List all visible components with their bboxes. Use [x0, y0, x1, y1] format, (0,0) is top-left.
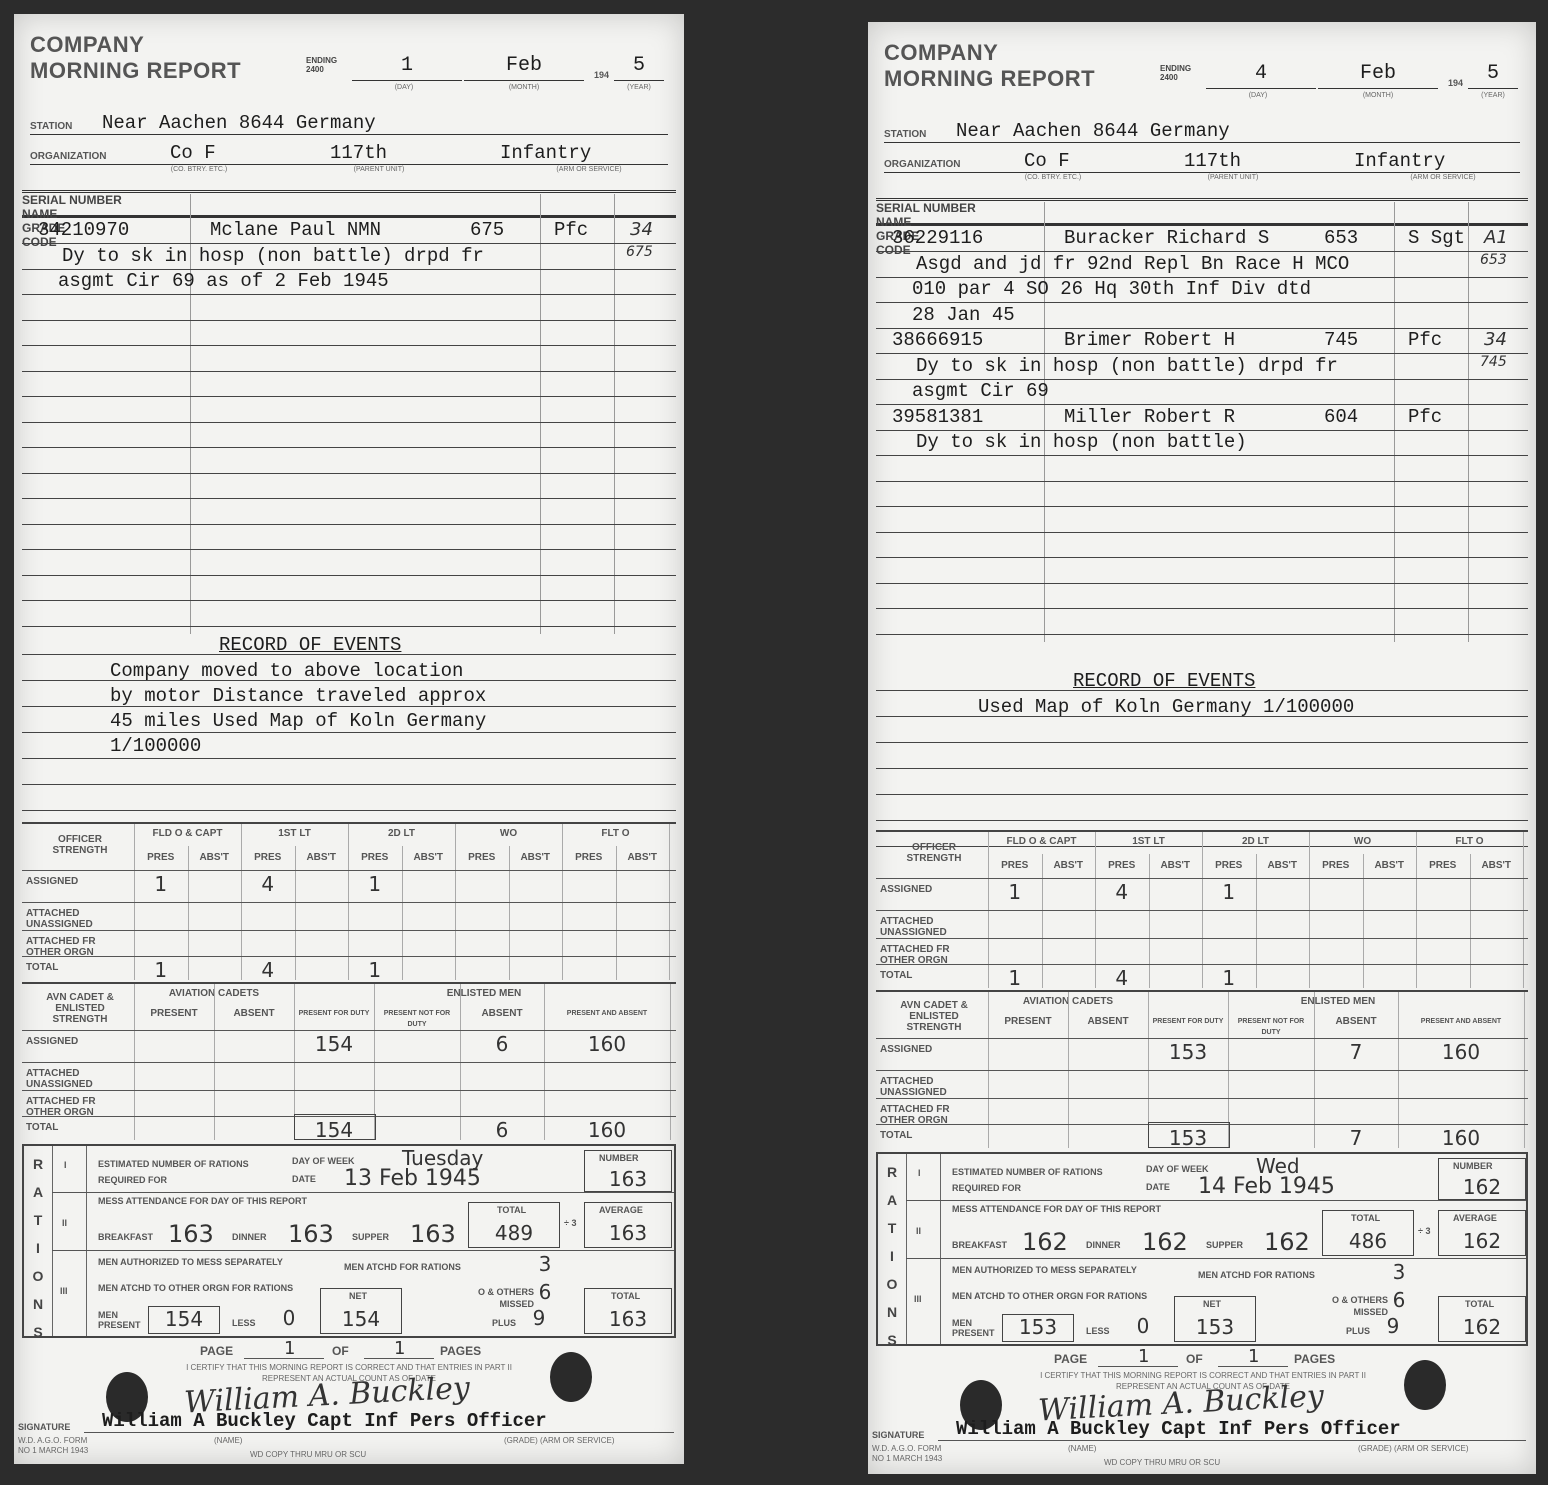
officer-cell-value: 1 [134, 872, 188, 896]
officer-cell-value: 1 [988, 880, 1042, 904]
entry-ssn-code: 653 [1324, 227, 1358, 249]
officer-col-line [1363, 854, 1364, 988]
pages-line [364, 1358, 434, 1359]
officer-pres-header: PRES [1416, 860, 1470, 871]
day-sublabel: (DAY) [1228, 92, 1288, 99]
atchd-other-label: MEN ATCHD TO OTHER ORGN FOR RATIONS [98, 1282, 328, 1294]
entry-serial: 39581381 [892, 406, 983, 428]
mess-total-value: 486 [1323, 1229, 1413, 1253]
officer-col-line [1256, 854, 1257, 988]
roe-ruled-line [22, 706, 676, 707]
less-label: LESS [1086, 1326, 1110, 1336]
roe-ruled-line [876, 768, 1528, 769]
ruled-line [22, 600, 676, 601]
enlisted-col-header: PRESENT FOR DUTY [1148, 1016, 1228, 1027]
page-line [1098, 1366, 1178, 1367]
rations-sec1-numeral: I [918, 1168, 921, 1178]
rations-letter: A [30, 1178, 46, 1206]
station-row: STATIONNear Aachen 8644 Germany [30, 110, 668, 135]
officer-abst-header: ABS'T [1256, 860, 1310, 871]
net-value: 154 [321, 1307, 401, 1331]
officer-group-header: WO [1309, 836, 1416, 847]
roe-ruled-line [22, 810, 676, 811]
entry-name: Buracker Richard S [1064, 227, 1269, 249]
average-box: AVERAGE163 [584, 1202, 672, 1248]
of-label: OF [1186, 1352, 1203, 1366]
supper-value: 163 [410, 1220, 456, 1248]
record-of-events-line: 45 miles Used Map of Koln Germany [110, 710, 486, 732]
rations-col-line [906, 1154, 907, 1344]
rations-letter: I [30, 1234, 46, 1262]
enlisted-col-header: PRESENT NOT FOR DUTY [374, 1008, 460, 1030]
year-sublabel: (YEAR) [1468, 92, 1518, 99]
officer-pres-header: PRES [134, 852, 188, 863]
rations-section: RATIONSIIIIIIESTIMATED NUMBER OF RATIONS… [876, 1152, 1528, 1346]
enlisted-col-header: ABSENT [214, 1008, 294, 1019]
officer-pres-header: PRES [1309, 860, 1363, 871]
officer-cell-value: 1 [348, 872, 402, 896]
ruled-line [22, 575, 676, 576]
officer-col-line [402, 846, 403, 980]
col-sep-grade [1394, 202, 1395, 642]
rations-sec2-numeral: II [916, 1226, 921, 1236]
form-title-company: COMPANY [884, 40, 998, 66]
rations-col-line [86, 1146, 87, 1336]
officer-pres-header: PRES [1095, 860, 1149, 871]
report-day-field: 4 [1206, 62, 1316, 89]
binder-hole-right [1404, 1360, 1446, 1410]
net-label: NET [349, 1291, 367, 1301]
morning-report-card-left: COMPANYMORNING REPORTENDING 24001Feb1945… [14, 14, 684, 1464]
typed-signature: William A Buckley Capt Inf Pers Officer [956, 1418, 1401, 1440]
officer-cell-value: 1 [134, 958, 188, 982]
officer-cell-value: 1 [988, 966, 1042, 990]
rations-sec2-numeral: II [62, 1218, 67, 1228]
officer-col-line [1042, 854, 1043, 988]
officer-row-line [22, 956, 676, 957]
page-value: 1 [1138, 1346, 1149, 1367]
serial-header: SERIAL NUMBER [22, 193, 676, 207]
officer-row-line [876, 910, 1528, 911]
officer-cell-value: 4 [241, 958, 295, 982]
rations-sec1-label: ESTIMATED NUMBER OF RATIONS REQUIRED FOR [98, 1156, 268, 1188]
form-title-morning-report: MORNING REPORT [884, 66, 1095, 92]
enlisted-total-present-box [1148, 1122, 1230, 1148]
footer-note: WD COPY THRU MRU OR SCU [1104, 1458, 1220, 1467]
enlisted-row-label: ATTACHED UNASSIGNED [880, 1076, 980, 1098]
pages-label: PAGES [440, 1344, 481, 1358]
enlisted-col-header: PRESENT FOR DUTY [294, 1008, 374, 1019]
rations-col-line [940, 1154, 941, 1344]
ruled-line [22, 626, 676, 627]
entry-grade: Pfc [554, 219, 588, 241]
enlisted-cell-value: 160 [544, 1118, 670, 1142]
org-arm-sublabel: (ARM OR SERVICE) [534, 166, 644, 173]
ration-date-value: 13 Feb 1945 [344, 1166, 481, 1191]
less-value: 0 [264, 1306, 314, 1330]
year-prefix-label: 194 [594, 70, 609, 80]
ruled-line [22, 422, 676, 423]
entry-serial: 36229116 [892, 227, 983, 249]
officer-strength-grid: OFFICER STRENGTHFLD O & CAPTPRESABS'T1ST… [876, 830, 1528, 988]
breakfast-label: BREAKFAST [98, 1232, 153, 1242]
officer-pres-header: PRES [348, 852, 402, 863]
personnel-table-header: SERIAL NUMBERNAMEGRADECODE [22, 190, 676, 218]
rations-letter: T [30, 1206, 46, 1234]
officer-row-label: TOTAL [26, 962, 126, 973]
ruled-line [876, 608, 1528, 609]
officer-cell-value: 4 [1095, 880, 1149, 904]
less-label: LESS [232, 1318, 256, 1328]
pages-value: 1 [1248, 1346, 1259, 1367]
day-of-week-label: DAY OF WEEK [292, 1156, 355, 1166]
officer-strength-label: OFFICER STRENGTH [30, 834, 130, 856]
entry-code: A1 [1484, 227, 1508, 248]
org-unit-value: Co F [170, 142, 216, 164]
pages-line [1218, 1366, 1288, 1367]
officer-cell-value: 1 [348, 958, 402, 982]
org-arm-sublabel: (ARM OR SERVICE) [1388, 174, 1498, 181]
enlisted-row-label: ATTACHED FR OTHER ORGN [26, 1096, 126, 1118]
page-label: PAGE [1054, 1352, 1087, 1366]
officer-row-label: ATTACHED FR OTHER ORGN [880, 944, 980, 966]
serial-header: SERIAL NUMBER [876, 201, 1528, 215]
rations-sec1-numeral: I [64, 1160, 67, 1170]
date-label: DATE [292, 1174, 316, 1184]
rations-sec-line [52, 1192, 674, 1193]
dinner-value: 163 [288, 1220, 334, 1248]
ruled-line [876, 557, 1528, 558]
entry-remark: asgmt Cir 69 as of 2 Feb 1945 [58, 270, 389, 292]
men-present-value: 154 [149, 1307, 219, 1331]
dinner-label: DINNER [1086, 1240, 1121, 1250]
officer-row-label: ATTACHED UNASSIGNED [26, 908, 126, 930]
officer-cell-value: 1 [1202, 966, 1256, 990]
average-label: AVERAGE [599, 1205, 643, 1215]
rations-letter: R [30, 1150, 46, 1178]
officer-abst-header: ABS'T [616, 852, 670, 863]
breakfast-label: BREAKFAST [952, 1240, 1007, 1250]
dinner-label: DINNER [232, 1232, 267, 1242]
form-id: W.D. A.G.O. FORM NO 1 MARCH 1943 [872, 1444, 952, 1464]
org-parent-sublabel: (PARENT UNIT) [1188, 174, 1278, 181]
month-sublabel: (MONTH) [1348, 92, 1408, 99]
enlisted-col-header: PRESENT AND ABSENT [1398, 1016, 1524, 1027]
enlisted-cell-value: 7 [1314, 1126, 1398, 1150]
day-of-week-label: DAY OF WEEK [1146, 1164, 1209, 1174]
officer-pres-header: PRES [562, 852, 616, 863]
roe-ruled-line [876, 820, 1528, 821]
number-box: NUMBER163 [584, 1150, 672, 1192]
rations-sec1-label: ESTIMATED NUMBER OF RATIONS REQUIRED FOR [952, 1164, 1122, 1196]
organization-label: ORGANIZATION [30, 151, 106, 162]
officer-pres-header: PRES [455, 852, 509, 863]
organization-row: ORGANIZATIONCo F117thInfantry [30, 140, 668, 165]
roe-ruled-line [22, 732, 676, 733]
enlisted-row-line [876, 1070, 1528, 1071]
record-of-events-line: Used Map of Koln Germany 1/100000 [978, 696, 1354, 718]
auth-separately-label: MEN AUTHORIZED TO MESS SEPARATELY [98, 1256, 328, 1268]
mess-attendance-label: MESS ATTENDANCE FOR DAY OF THIS REPORT [98, 1196, 307, 1206]
ruled-line [22, 498, 676, 499]
enlisted-row-line [22, 1030, 676, 1031]
org-parent-sublabel: (PARENT UNIT) [334, 166, 424, 173]
morning-report-card-right: COMPANYMORNING REPORTENDING 24004Feb1945… [868, 22, 1536, 1474]
day-sublabel: (DAY) [374, 84, 434, 91]
atchd-rations-value: 3 [530, 1252, 560, 1276]
ruled-line [22, 371, 676, 372]
men-present-box: 153 [1002, 1314, 1074, 1342]
signature-line [84, 1432, 674, 1433]
org-unit-sublabel: (CO. BTRY. ETC.) [154, 166, 244, 173]
plus-label: PLUS [492, 1318, 516, 1328]
report-year-field: 5 [1468, 62, 1518, 89]
report-year-field: 5 [614, 54, 664, 81]
mess-total-label: TOTAL [497, 1205, 526, 1215]
ruled-line [22, 473, 676, 474]
supper-value: 162 [1264, 1228, 1310, 1256]
plus-value: 9 [1378, 1314, 1408, 1338]
officer-row-label: ATTACHED UNASSIGNED [880, 916, 980, 938]
org-unit-value: Co F [1024, 150, 1070, 172]
officer-row-label: ASSIGNED [26, 876, 126, 887]
organization-row: ORGANIZATIONCo F117thInfantry [884, 148, 1520, 173]
roe-ruled-line [876, 794, 1528, 795]
enlisted-col-header: PRESENT NOT FOR DUTY [1228, 1016, 1314, 1038]
rations-letter: T [884, 1214, 900, 1242]
enlisted-col-header: ABSENT [1068, 1016, 1148, 1027]
grand-total-label: TOTAL [611, 1291, 640, 1301]
enlisted-row-line [876, 1038, 1528, 1039]
atchd-rations-label: MEN ATCHD FOR RATIONS [344, 1262, 461, 1272]
rations-sec-line [906, 1200, 1526, 1201]
org-arm-value: Infantry [500, 142, 591, 164]
entry-remark: Dy to sk in hosp (non battle) [916, 431, 1247, 453]
enlisted-row-label: TOTAL [26, 1122, 126, 1133]
roe-ruled-line [22, 784, 676, 785]
officer-col-line [1149, 854, 1150, 988]
org-arm-value: Infantry [1354, 150, 1445, 172]
atchd-rations-value: 3 [1384, 1260, 1414, 1284]
officer-row-line [876, 938, 1528, 939]
officer-row-label: TOTAL [880, 970, 980, 981]
officer-group-header: FLD O & CAPT [988, 836, 1095, 847]
entry-grade: S Sgt [1408, 227, 1465, 249]
record-of-events-line: by motor Distance traveled approx [110, 685, 486, 707]
entry-name: Mclane Paul NMN [210, 219, 381, 241]
plus-value: 9 [524, 1306, 554, 1330]
rations-letter: O [30, 1262, 46, 1290]
officer-abst-header: ABS'T [402, 852, 456, 863]
entry-remark: Dy to sk in hosp (non battle) drpd fr [916, 355, 1338, 377]
ruled-line [876, 532, 1528, 533]
page-value: 1 [284, 1338, 295, 1359]
officer-pres-header: PRES [1202, 860, 1256, 871]
enlisted-strength-grid: AVN CADET & ENLISTED STRENGTHAVIATION CA… [22, 982, 676, 1140]
officer-col-line [616, 846, 617, 980]
col-sep-grade [540, 194, 541, 634]
enlisted-cell-value: 160 [1398, 1040, 1524, 1064]
ruled-line [22, 447, 676, 448]
personnel-table-header: SERIAL NUMBERNAMEGRADECODE [876, 198, 1528, 226]
enlisted-row-line [876, 1098, 1528, 1099]
roe-ruled-line [876, 716, 1528, 717]
others-missed-label: O & OTHERS MISSED [1308, 1294, 1388, 1318]
ending-label: ENDING 2400 [1160, 64, 1200, 82]
enlisted-cell-value: 154 [294, 1032, 374, 1056]
ruled-line [22, 396, 676, 397]
officer-col-line [295, 846, 296, 980]
dinner-value: 162 [1142, 1228, 1188, 1256]
officer-cell-value: 1 [1202, 880, 1256, 904]
entry-hand-note: 745 [1480, 354, 1507, 370]
rations-letter: S [30, 1318, 46, 1346]
enlisted-men-header: ENLISTED MEN [294, 988, 674, 999]
ruled-line [22, 320, 676, 321]
organization-label: ORGANIZATION [884, 159, 960, 170]
pages-label: PAGES [1294, 1352, 1335, 1366]
rations-letter: N [884, 1298, 900, 1326]
enlisted-col-header: ABSENT [1314, 1016, 1398, 1027]
grand-total-value: 163 [585, 1307, 671, 1331]
officer-abst-header: ABS'T [1149, 860, 1203, 871]
officer-col-line [188, 846, 189, 980]
others-missed-value: 6 [1384, 1288, 1414, 1312]
entry-name: Miller Robert R [1064, 406, 1235, 428]
officer-row-label: ASSIGNED [880, 884, 980, 895]
signature-line [938, 1440, 1526, 1441]
enlisted-strength-label: AVN CADET & ENLISTED STRENGTH [30, 992, 130, 1025]
enlisted-row-label: ASSIGNED [26, 1036, 126, 1047]
ruled-line [22, 294, 676, 295]
officer-row-line [876, 878, 1528, 879]
col-sep-code [614, 194, 615, 634]
enlisted-row-line [22, 1090, 676, 1091]
enlisted-strength-grid: AVN CADET & ENLISTED STRENGTHAVIATION CA… [876, 990, 1528, 1148]
report-day-field: 1 [352, 54, 462, 81]
sig-name-sublabel: (NAME) [214, 1436, 242, 1445]
others-missed-value: 6 [530, 1280, 560, 1304]
mess-total-box: TOTAL489 [468, 1202, 560, 1248]
sig-name-sublabel: (NAME) [1068, 1444, 1096, 1453]
ruled-line [876, 583, 1528, 584]
average-label: AVERAGE [1453, 1213, 1497, 1223]
rations-letter: R [884, 1158, 900, 1186]
entry-remark: asgmt Cir 69 [912, 380, 1049, 402]
officer-row-line [876, 964, 1528, 965]
enlisted-men-header: ENLISTED MEN [1148, 996, 1528, 1007]
officer-group-header: 2D LT [1202, 836, 1309, 847]
ruled-line [876, 634, 1528, 635]
net-label: NET [1203, 1299, 1221, 1309]
enlisted-cell-value: 160 [1398, 1126, 1524, 1150]
average-value: 163 [585, 1221, 671, 1245]
officer-group-header: FLD O & CAPT [134, 828, 241, 839]
entry-hand-note: 653 [1480, 252, 1507, 268]
col-sep-code [1468, 202, 1469, 642]
enlisted-row-label: ASSIGNED [880, 1044, 980, 1055]
station-value: Near Aachen 8644 Germany [102, 112, 376, 134]
supper-label: SUPPER [352, 1232, 389, 1242]
page-line [244, 1358, 324, 1359]
station-value: Near Aachen 8644 Germany [956, 120, 1230, 142]
entry-remark: Dy to sk in hosp (non battle) drpd fr [62, 245, 484, 267]
plus-label: PLUS [1346, 1326, 1370, 1336]
org-unit-sublabel: (CO. BTRY. ETC.) [1008, 174, 1098, 181]
ruled-line [876, 455, 1528, 456]
grand-total-label: TOTAL [1465, 1299, 1494, 1309]
officer-row-line [22, 870, 676, 871]
binder-hole-right [550, 1352, 592, 1402]
rations-sec-line [906, 1258, 1526, 1259]
entry-name: Brimer Robert H [1064, 329, 1235, 351]
pages-value: 1 [394, 1338, 405, 1359]
station-label: STATION [884, 129, 926, 140]
atchd-rations-label: MEN ATCHD FOR RATIONS [1198, 1270, 1315, 1280]
officer-row-line [22, 902, 676, 903]
rations-sec3-numeral: III [914, 1294, 922, 1304]
month-sublabel: (MONTH) [494, 84, 554, 91]
ruled-line [22, 345, 676, 346]
enlisted-col-header: PRESENT AND ABSENT [544, 1008, 670, 1019]
enlisted-row-label: TOTAL [880, 1130, 980, 1141]
mess-total-value: 489 [469, 1221, 559, 1245]
officer-group-header: 2D LT [348, 828, 455, 839]
officer-abst-header: ABS'T [1042, 860, 1096, 871]
officer-group-header: FLT O [1416, 836, 1523, 847]
entry-remark: 010 par 4 SO 26 Hq 30th Inf Div dtd [912, 278, 1311, 300]
average-box: AVERAGE162 [1438, 1210, 1526, 1256]
auth-separately-label: MEN AUTHORIZED TO MESS SEPARATELY [952, 1264, 1182, 1276]
ruled-line [876, 506, 1528, 507]
enlisted-cell-value: 6 [460, 1118, 544, 1142]
footer-note: WD COPY THRU MRU OR SCU [250, 1450, 366, 1459]
form-title-morning-report: MORNING REPORT [30, 58, 241, 84]
entry-remark: Asgd and jd fr 92nd Repl Bn Race H MCO [916, 253, 1349, 275]
officer-abst-header: ABS'T [1363, 860, 1417, 871]
breakfast-value: 162 [1022, 1228, 1068, 1256]
form-title-company: COMPANY [30, 32, 144, 58]
grand-total-value: 162 [1439, 1315, 1525, 1339]
enlisted-cell-value: 6 [460, 1032, 544, 1056]
roe-ruled-line [22, 758, 676, 759]
rations-sec-line [52, 1250, 674, 1251]
divide-by-three: ÷ 3 [564, 1218, 576, 1228]
net-value: 153 [1175, 1315, 1255, 1339]
entry-grade: Pfc [1408, 406, 1442, 428]
number-box: NUMBER162 [1438, 1158, 1526, 1200]
breakfast-value: 163 [168, 1220, 214, 1248]
enlisted-row-line [22, 1062, 676, 1063]
enlisted-strength-label: AVN CADET & ENLISTED STRENGTH [884, 1000, 984, 1033]
typed-signature: William A Buckley Capt Inf Pers Officer [102, 1410, 547, 1432]
less-value: 0 [1118, 1314, 1168, 1338]
rations-letter: A [884, 1186, 900, 1214]
divide-by-three: ÷ 3 [1418, 1226, 1430, 1236]
men-present-value: 153 [1003, 1315, 1073, 1339]
entry-code: 34 [630, 219, 653, 240]
net-box: NET154 [320, 1288, 402, 1334]
of-label: OF [332, 1344, 349, 1358]
enlisted-cell-value: 160 [544, 1032, 670, 1056]
mess-total-box: TOTAL486 [1322, 1210, 1414, 1256]
record-of-events-title: RECORD OF EVENTS [219, 634, 401, 656]
officer-row-label: ATTACHED FR OTHER ORGN [26, 936, 126, 958]
officer-col-line [1470, 854, 1471, 988]
ration-date-value: 14 Feb 1945 [1198, 1174, 1335, 1199]
year-prefix-label: 194 [1448, 78, 1463, 88]
record-of-events-title: RECORD OF EVENTS [1073, 670, 1255, 692]
